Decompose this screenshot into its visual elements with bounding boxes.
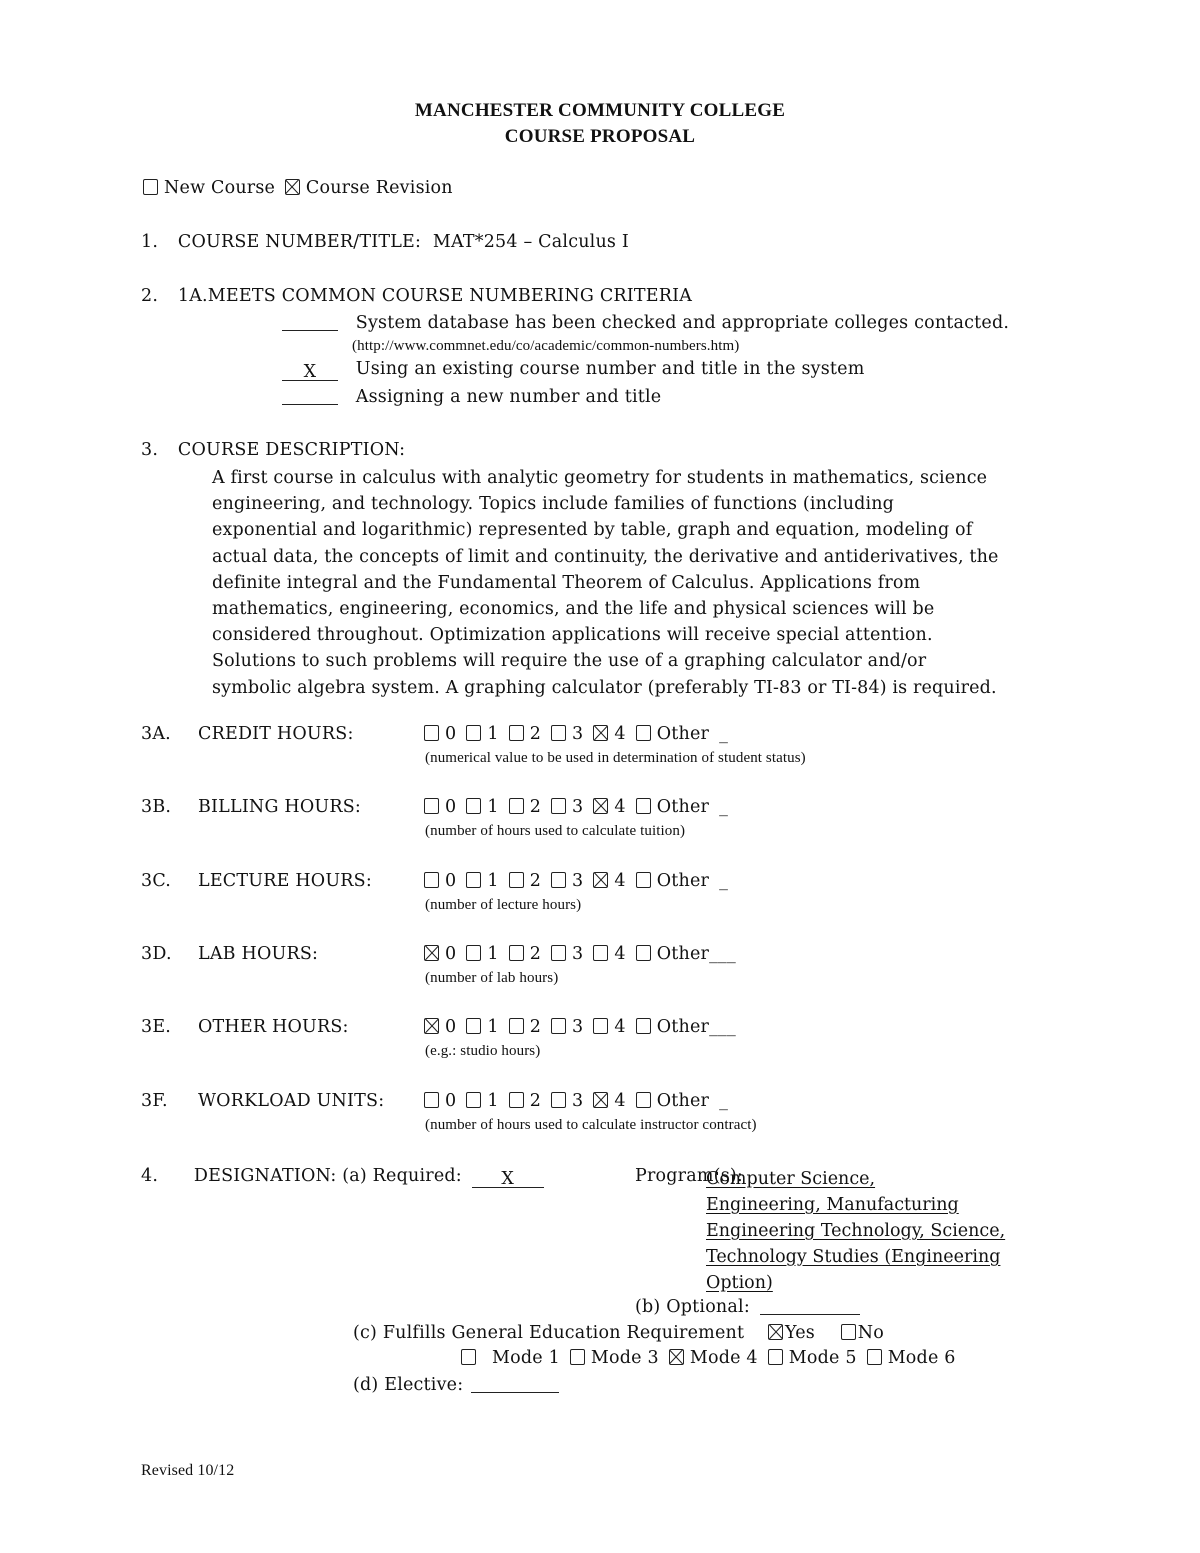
gen-ed-yes-checkbox[interactable] bbox=[768, 1324, 783, 1340]
hours-option-checkbox[interactable] bbox=[636, 945, 651, 961]
hours-option: 0 bbox=[424, 944, 456, 964]
course-number-title-label: COURSE NUMBER/TITLE: bbox=[178, 232, 421, 252]
hours-option-label: 4 bbox=[614, 797, 625, 817]
hours-option: 4 bbox=[593, 944, 625, 964]
gen-ed-mode-option: Mode 5 bbox=[768, 1348, 857, 1368]
hours-option-label: Other bbox=[657, 944, 709, 964]
hours-code: 3B. bbox=[141, 797, 198, 817]
criteria-mark-blank[interactable]: X bbox=[282, 362, 338, 381]
hours-option: 1 bbox=[466, 871, 498, 891]
description-line: mathematics, engineering, economics, and… bbox=[212, 596, 1052, 622]
revised-date: Revised 10/12 bbox=[141, 1462, 234, 1480]
hours-row: 3E.OTHER HOURS:01234Other___ bbox=[141, 1017, 746, 1037]
hours-option-checkbox[interactable] bbox=[551, 798, 566, 814]
hours-option-label: 0 bbox=[445, 871, 456, 891]
section-number: 2. bbox=[141, 286, 158, 306]
course-description-heading: 3. COURSE DESCRIPTION: bbox=[141, 440, 405, 460]
hours-option-label: 1 bbox=[487, 944, 498, 964]
gen-ed-mode-option: Mode 1 bbox=[461, 1348, 560, 1368]
gen-ed-mode-option: Mode 6 bbox=[867, 1348, 956, 1368]
course-type-row: New Course Course Revision bbox=[143, 178, 453, 198]
optional-label: (b) Optional: bbox=[635, 1297, 750, 1317]
common-numbering-heading: 2. 1A.MEETS COMMON COURSE NUMBERING CRIT… bbox=[141, 286, 692, 306]
hours-option-label: 3 bbox=[572, 944, 583, 964]
hours-option-label: Other bbox=[657, 1017, 709, 1037]
hours-row: 3B.BILLING HOURS:01234Other_ bbox=[141, 797, 738, 817]
new-course-checkbox[interactable] bbox=[143, 179, 158, 195]
hours-option: 3 bbox=[551, 944, 583, 964]
gen-ed-mode-label: Mode 3 bbox=[591, 1348, 659, 1368]
hours-option-checkbox[interactable] bbox=[509, 872, 524, 888]
hours-option: 4 bbox=[593, 724, 625, 744]
hours-option-checkbox[interactable] bbox=[424, 798, 439, 814]
hours-option: 2 bbox=[509, 797, 541, 817]
new-course-label: New Course bbox=[164, 178, 275, 198]
hours-option-label: 3 bbox=[572, 1091, 583, 1111]
gen-ed-mode-label: Mode 4 bbox=[690, 1348, 758, 1368]
section-number: 3. bbox=[141, 440, 158, 460]
hours-option-label: 0 bbox=[445, 1017, 456, 1037]
optional-field[interactable] bbox=[760, 1296, 860, 1315]
hours-note: (number of hours used to calculate instr… bbox=[425, 1117, 757, 1134]
hours-option-checkbox[interactable] bbox=[509, 1018, 524, 1034]
course-revision-label: Course Revision bbox=[306, 178, 453, 198]
description-line: definite integral and the Fundamental Th… bbox=[212, 570, 1052, 596]
hours-option: 3 bbox=[551, 724, 583, 744]
hours-option-checkbox[interactable] bbox=[509, 1092, 524, 1108]
program-line: Engineering, Manufacturing bbox=[706, 1192, 1005, 1218]
hours-option-checkbox[interactable] bbox=[424, 872, 439, 888]
hours-option-label: 2 bbox=[530, 944, 541, 964]
hours-option: Other___ bbox=[636, 944, 736, 964]
criteria-item-database-checked: System database has been checked and app… bbox=[282, 312, 1009, 333]
hours-option-label: 3 bbox=[572, 1017, 583, 1037]
hours-option-checkbox[interactable] bbox=[466, 725, 481, 741]
hours-option: 4 bbox=[593, 1091, 625, 1111]
hours-option-label: 0 bbox=[445, 1091, 456, 1111]
hours-options: 01234Other___ bbox=[424, 1017, 746, 1037]
hours-option-label: 1 bbox=[487, 797, 498, 817]
hours-code: 3C. bbox=[141, 871, 198, 891]
hours-option: Other_ bbox=[636, 724, 728, 744]
hours-option-label: Other bbox=[657, 871, 709, 891]
gen-ed-mode-label: Mode 1 bbox=[492, 1348, 560, 1368]
hours-option-label: 0 bbox=[445, 724, 456, 744]
hours-option: 3 bbox=[551, 1091, 583, 1111]
hours-option: 1 bbox=[466, 724, 498, 744]
criteria-mark-blank[interactable] bbox=[282, 386, 338, 405]
common-numbering-label: 1A.MEETS COMMON COURSE NUMBERING CRITERI… bbox=[178, 286, 692, 306]
description-line: symbolic algebra system. A graphing calc… bbox=[212, 675, 1052, 701]
hours-option-checkbox[interactable] bbox=[424, 1018, 439, 1034]
hours-option-label: 4 bbox=[614, 871, 625, 891]
hours-option: 2 bbox=[509, 724, 541, 744]
document-title: COURSE PROPOSAL bbox=[0, 126, 1200, 148]
hours-option: 1 bbox=[466, 1017, 498, 1037]
other-hours-blank[interactable]: _ bbox=[719, 871, 728, 891]
hours-option-label: 2 bbox=[530, 871, 541, 891]
hours-option-checkbox[interactable] bbox=[551, 1018, 566, 1034]
hours-option: 0 bbox=[424, 1017, 456, 1037]
gen-ed-mode-checkbox[interactable] bbox=[768, 1349, 783, 1365]
section-number: 1. bbox=[141, 232, 158, 252]
hours-option: 0 bbox=[424, 871, 456, 891]
hours-option-checkbox[interactable] bbox=[466, 798, 481, 814]
optional-row: (b) Optional: bbox=[635, 1296, 860, 1317]
college-name: MANCHESTER COMMUNITY COLLEGE bbox=[0, 100, 1200, 122]
gen-ed-no-checkbox[interactable] bbox=[841, 1324, 856, 1340]
program-line: Technology Studies (Engineering bbox=[706, 1244, 1005, 1270]
hours-option: 0 bbox=[424, 1091, 456, 1111]
course-description-text: A first course in calculus with analytic… bbox=[212, 465, 1052, 701]
hours-option: 2 bbox=[509, 944, 541, 964]
gen-ed-mode-checkbox[interactable] bbox=[669, 1349, 684, 1365]
hours-label: WORKLOAD UNITS: bbox=[198, 1091, 424, 1111]
hours-option-checkbox[interactable] bbox=[466, 872, 481, 888]
elective-row: (d) Elective: bbox=[353, 1374, 559, 1395]
hours-label: BILLING HOURS: bbox=[198, 797, 424, 817]
hours-row: 3D.LAB HOURS:01234Other___ bbox=[141, 944, 746, 964]
elective-label: (d) Elective: bbox=[353, 1375, 463, 1395]
description-line: considered throughout. Optimization appl… bbox=[212, 622, 1052, 648]
other-hours-blank[interactable]: _ bbox=[719, 724, 728, 744]
hours-option-label: 0 bbox=[445, 944, 456, 964]
hours-code: 3D. bbox=[141, 944, 198, 964]
hours-option-checkbox[interactable] bbox=[593, 872, 608, 888]
hours-option: 4 bbox=[593, 1017, 625, 1037]
hours-option-checkbox[interactable] bbox=[509, 798, 524, 814]
hours-option-checkbox[interactable] bbox=[551, 872, 566, 888]
hours-option: 1 bbox=[466, 797, 498, 817]
criteria-text: System database has been checked and app… bbox=[356, 313, 1009, 333]
hours-option-checkbox[interactable] bbox=[636, 725, 651, 741]
hours-option-checkbox[interactable] bbox=[593, 1092, 608, 1108]
gen-ed-mode-checkbox[interactable] bbox=[461, 1349, 476, 1365]
hours-option-label: 4 bbox=[614, 1017, 625, 1037]
hours-option-checkbox[interactable] bbox=[636, 1092, 651, 1108]
designation-required-label: DESIGNATION: (a) Required: bbox=[194, 1166, 462, 1186]
hours-option-label: 4 bbox=[614, 944, 625, 964]
hours-option-label: 1 bbox=[487, 724, 498, 744]
hours-option-label: 2 bbox=[530, 724, 541, 744]
section-number: 4. bbox=[141, 1166, 158, 1186]
hours-option: 3 bbox=[551, 797, 583, 817]
hours-option-label: 1 bbox=[487, 1017, 498, 1037]
hours-option-checkbox[interactable] bbox=[509, 945, 524, 961]
gen-ed-row: (c) Fulfills General Education Requireme… bbox=[353, 1323, 884, 1343]
hours-option-checkbox[interactable] bbox=[593, 1018, 608, 1034]
hours-option: Other_ bbox=[636, 871, 728, 891]
description-line: actual data, the concepts of limit and c… bbox=[212, 544, 1052, 570]
gen-ed-mode-option: Mode 3 bbox=[570, 1348, 659, 1368]
course-proposal-page: MANCHESTER COMMUNITY COLLEGE COURSE PROP… bbox=[0, 0, 1200, 1553]
hours-code: 3E. bbox=[141, 1017, 198, 1037]
hours-option-checkbox[interactable] bbox=[593, 945, 608, 961]
other-hours-blank[interactable]: _ bbox=[719, 1091, 728, 1111]
hours-option: Other_ bbox=[636, 1091, 728, 1111]
hours-options: 01234Other_ bbox=[424, 871, 738, 891]
hours-option-label: 4 bbox=[614, 1091, 625, 1111]
hours-label: LAB HOURS: bbox=[198, 944, 424, 964]
designation-row: 4. DESIGNATION: (a) Required: X bbox=[141, 1166, 544, 1188]
elective-field[interactable] bbox=[471, 1374, 559, 1393]
hours-option-label: 2 bbox=[530, 1091, 541, 1111]
hours-label: LECTURE HOURS: bbox=[198, 871, 424, 891]
hours-row: 3F.WORKLOAD UNITS:01234Other_ bbox=[141, 1091, 738, 1111]
hours-option-label: Other bbox=[657, 724, 709, 744]
course-number-title-row: 1. COURSE NUMBER/TITLE: MAT*254 – Calcul… bbox=[141, 232, 629, 252]
hours-note: (number of lab hours) bbox=[425, 970, 558, 987]
programs-list: Computer Science, Engineering, Manufactu… bbox=[706, 1166, 1005, 1296]
description-line: A first course in calculus with analytic… bbox=[212, 465, 1052, 491]
hours-option-checkbox[interactable] bbox=[551, 945, 566, 961]
program-line: Engineering Technology, Science, bbox=[706, 1218, 1005, 1244]
criteria-text: Assigning a new number and title bbox=[356, 387, 662, 407]
hours-option-label: Other bbox=[657, 1091, 709, 1111]
hours-option-label: 3 bbox=[572, 724, 583, 744]
hours-note: (number of hours used to calculate tuiti… bbox=[425, 823, 685, 840]
hours-note: (e.g.: studio hours) bbox=[425, 1043, 540, 1060]
hours-option-checkbox[interactable] bbox=[593, 798, 608, 814]
course-description-label: COURSE DESCRIPTION: bbox=[178, 440, 405, 460]
hours-option: 2 bbox=[509, 871, 541, 891]
hours-option-label: 2 bbox=[530, 797, 541, 817]
hours-option-checkbox[interactable] bbox=[593, 725, 608, 741]
required-field[interactable]: X bbox=[472, 1169, 544, 1188]
gen-ed-mode-label: Mode 5 bbox=[789, 1348, 857, 1368]
hours-row: 3C.LECTURE HOURS:01234Other_ bbox=[141, 871, 738, 891]
hours-options: 01234Other_ bbox=[424, 797, 738, 817]
hours-option-checkbox[interactable] bbox=[551, 1092, 566, 1108]
criteria-mark-blank[interactable] bbox=[282, 312, 338, 331]
hours-note: (number of lecture hours) bbox=[425, 897, 581, 914]
hours-option-label: 1 bbox=[487, 871, 498, 891]
other-hours-blank[interactable]: _ bbox=[719, 797, 728, 817]
criteria-item-existing-number: X Using an existing course number and ti… bbox=[282, 359, 865, 381]
gen-ed-mode-option: Mode 4 bbox=[669, 1348, 758, 1368]
hours-options: 01234Other_ bbox=[424, 724, 738, 744]
hours-label: OTHER HOURS: bbox=[198, 1017, 424, 1037]
hours-option-label: 3 bbox=[572, 797, 583, 817]
hours-options: 01234Other___ bbox=[424, 944, 746, 964]
hours-label: CREDIT HOURS: bbox=[198, 724, 424, 744]
description-line: exponential and logarithmic) represented… bbox=[212, 517, 1052, 543]
criteria-url-note: (http://www.commnet.edu/co/academic/comm… bbox=[352, 338, 739, 355]
hours-option-checkbox[interactable] bbox=[509, 725, 524, 741]
hours-option-label: 1 bbox=[487, 1091, 498, 1111]
other-hours-blank[interactable]: ___ bbox=[709, 944, 736, 964]
hours-row: 3A.CREDIT HOURS:01234Other_ bbox=[141, 724, 738, 744]
hours-option-label: 4 bbox=[614, 724, 625, 744]
description-line: Solutions to such problems will require … bbox=[212, 648, 1052, 674]
hours-option-checkbox[interactable] bbox=[424, 945, 439, 961]
hours-option-label: 0 bbox=[445, 797, 456, 817]
program-line: Computer Science, bbox=[706, 1166, 1005, 1192]
hours-option: 1 bbox=[466, 1091, 498, 1111]
course-revision-checkbox[interactable] bbox=[285, 179, 300, 195]
hours-option-label: 3 bbox=[572, 871, 583, 891]
course-number-title-value: MAT*254 – Calculus I bbox=[433, 232, 629, 252]
hours-option: 4 bbox=[593, 797, 625, 817]
hours-option-checkbox[interactable] bbox=[636, 1018, 651, 1034]
hours-note: (numerical value to be used in determina… bbox=[425, 750, 806, 767]
gen-ed-mode-label: Mode 6 bbox=[888, 1348, 956, 1368]
hours-option: 3 bbox=[551, 1017, 583, 1037]
criteria-text: Using an existing course number and titl… bbox=[356, 359, 865, 379]
hours-option-checkbox[interactable] bbox=[424, 725, 439, 741]
hours-option-checkbox[interactable] bbox=[466, 945, 481, 961]
hours-option: 3 bbox=[551, 871, 583, 891]
hours-option: 0 bbox=[424, 724, 456, 744]
gen-ed-mode-checkbox[interactable] bbox=[867, 1349, 882, 1365]
hours-option-checkbox[interactable] bbox=[636, 872, 651, 888]
hours-option: 1 bbox=[466, 944, 498, 964]
hours-option-checkbox[interactable] bbox=[466, 1018, 481, 1034]
gen-ed-mode-checkbox[interactable] bbox=[570, 1349, 585, 1365]
hours-option-checkbox[interactable] bbox=[424, 1092, 439, 1108]
criteria-item-new-number: Assigning a new number and title bbox=[282, 386, 661, 407]
description-line: engineering, and technology. Topics incl… bbox=[212, 491, 1052, 517]
gen-ed-no-label: No bbox=[858, 1323, 884, 1343]
hours-code: 3F. bbox=[141, 1091, 198, 1111]
gen-ed-yes-label: Yes bbox=[785, 1323, 815, 1343]
hours-option-checkbox[interactable] bbox=[551, 725, 566, 741]
hours-option: Other___ bbox=[636, 1017, 736, 1037]
hours-option: Other_ bbox=[636, 797, 728, 817]
gen-ed-modes-row: Mode 1Mode 3Mode 4Mode 5Mode 6 bbox=[461, 1348, 966, 1368]
hours-option: 2 bbox=[509, 1091, 541, 1111]
hours-option: 0 bbox=[424, 797, 456, 817]
hours-option-label: Other bbox=[657, 797, 709, 817]
hours-code: 3A. bbox=[141, 724, 198, 744]
hours-option: 4 bbox=[593, 871, 625, 891]
hours-options: 01234Other_ bbox=[424, 1091, 738, 1111]
hours-option-label: 2 bbox=[530, 1017, 541, 1037]
hours-option-checkbox[interactable] bbox=[466, 1092, 481, 1108]
program-line: Option) bbox=[706, 1270, 1005, 1296]
other-hours-blank[interactable]: ___ bbox=[709, 1017, 736, 1037]
gen-ed-label: (c) Fulfills General Education Requireme… bbox=[353, 1323, 744, 1343]
hours-option-checkbox[interactable] bbox=[636, 798, 651, 814]
hours-option: 2 bbox=[509, 1017, 541, 1037]
